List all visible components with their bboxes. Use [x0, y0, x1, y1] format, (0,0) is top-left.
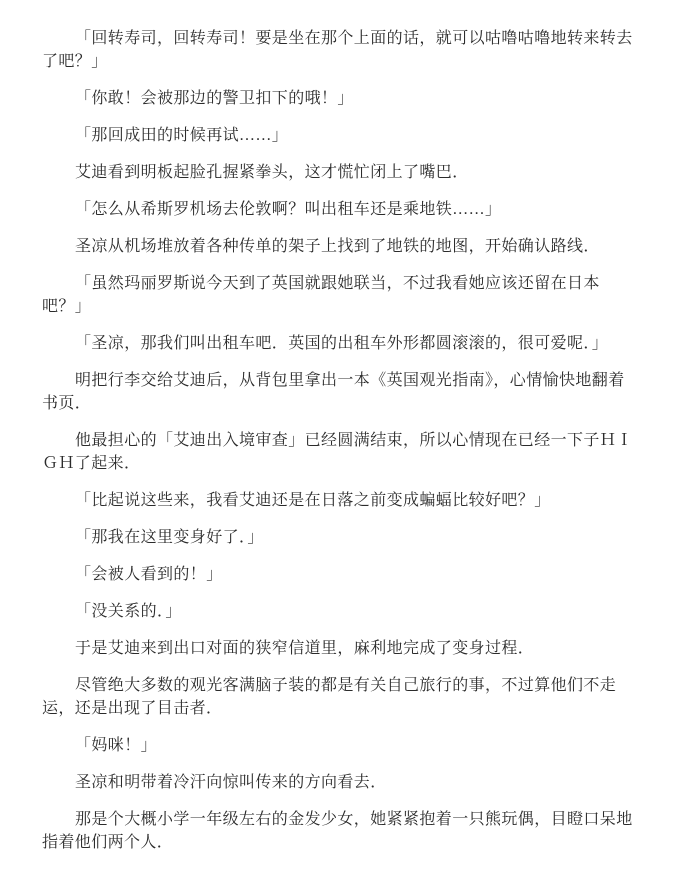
paragraph: 尽管绝大多数的观光客满脑子装的都是有关自己旅行的事，不过算他们不走运，还是出现了… — [42, 674, 644, 720]
paragraph: 他最担心的「艾迪出入境审查」已经圆满结束，所以心情现在已经一下子ＨＩＧＨ了起来． — [42, 429, 644, 475]
paragraph: 「怎么从希斯罗机场去伦敦啊？叫出租车还是乘地铁……」 — [42, 198, 644, 221]
paragraph: 明把行李交给艾迪后，从背包里拿出一本《英国观光指南》，心情愉快地翻着书页． — [42, 369, 644, 415]
paragraph: 圣凉从机场堆放着各种传单的架子上找到了地铁的地图，开始确认路线． — [42, 235, 644, 258]
paragraph: 「妈咪！」 — [42, 734, 644, 757]
text-line: 运，还是出现了目击者． — [42, 697, 644, 720]
text-line: 「圣凉，那我们叫出租车吧．英国的出租车外形都圆滚滚的，很可爱呢．」 — [42, 332, 644, 355]
text-line: 他最担心的「艾迪出入境审查」已经圆满结束，所以心情现在已经一下子ＨＩ — [42, 429, 644, 452]
text-line: 艾迪看到明板起脸孔握紧拳头，这才慌忙闭上了嘴巴． — [42, 161, 644, 184]
text-line: 于是艾迪来到出口对面的狭窄信道里，麻利地完成了变身过程． — [42, 637, 644, 660]
paragraph: 那是个大概小学一年级左右的金发少女，她紧紧抱着一只熊玩偶，目瞪口呆地指着他们两个… — [42, 808, 644, 854]
text-line: 圣凉和明带着冷汗向惊叫传来的方向看去． — [42, 771, 644, 794]
text-line: 「怎么从希斯罗机场去伦敦啊？叫出租车还是乘地铁……」 — [42, 198, 644, 221]
text-line: 吧？」 — [42, 295, 644, 318]
book-page: 「回转寿司，回转寿司！要是坐在那个上面的话，就可以咕噜咕噜地转来转去了吧？」「你… — [0, 0, 680, 880]
text-line: 「比起说这些来，我看艾迪还是在日落之前变成蝙蝠比较好吧？」 — [42, 489, 644, 512]
paragraph: 「虽然玛丽罗斯说今天到了英国就跟她联当，不过我看她应该还留在日本吧？」 — [42, 272, 644, 318]
paragraph: 「圣凉，那我们叫出租车吧．英国的出租车外形都圆滚滚的，很可爱呢．」 — [42, 332, 644, 355]
text-line: 「虽然玛丽罗斯说今天到了英国就跟她联当，不过我看她应该还留在日本 — [42, 272, 644, 295]
paragraph: 「那回成田的时候再试……」 — [42, 124, 644, 147]
paragraph: 「比起说这些来，我看艾迪还是在日落之前变成蝙蝠比较好吧？」 — [42, 489, 644, 512]
text-line: 那是个大概小学一年级左右的金发少女，她紧紧抱着一只熊玩偶，目瞪口呆地 — [42, 808, 644, 831]
paragraph: 于是艾迪来到出口对面的狭窄信道里，麻利地完成了变身过程． — [42, 637, 644, 660]
text-content: 「回转寿司，回转寿司！要是坐在那个上面的话，就可以咕噜咕噜地转来转去了吧？」「你… — [42, 27, 644, 854]
text-line: 了吧？」 — [42, 50, 644, 73]
text-line: 指着他们两个人． — [42, 831, 644, 854]
text-line: 「那我在这里变身好了．」 — [42, 526, 644, 549]
text-line: 明把行李交给艾迪后，从背包里拿出一本《英国观光指南》，心情愉快地翻着 — [42, 369, 644, 392]
paragraph: 圣凉和明带着冷汗向惊叫传来的方向看去． — [42, 771, 644, 794]
text-line: 尽管绝大多数的观光客满脑子装的都是有关自己旅行的事，不过算他们不走 — [42, 674, 644, 697]
text-line: 「回转寿司，回转寿司！要是坐在那个上面的话，就可以咕噜咕噜地转来转去 — [42, 27, 644, 50]
paragraph: 「没关系的．」 — [42, 600, 644, 623]
paragraph: 「那我在这里变身好了．」 — [42, 526, 644, 549]
text-line: 「会被人看到的！」 — [42, 563, 644, 586]
text-line: 「那回成田的时候再试……」 — [42, 124, 644, 147]
paragraph: 「你敢！会被那边的警卫扣下的哦！」 — [42, 87, 644, 110]
text-line: 书页． — [42, 392, 644, 415]
paragraph: 「会被人看到的！」 — [42, 563, 644, 586]
text-line: 「没关系的．」 — [42, 600, 644, 623]
text-line: 圣凉从机场堆放着各种传单的架子上找到了地铁的地图，开始确认路线． — [42, 235, 644, 258]
paragraph: 艾迪看到明板起脸孔握紧拳头，这才慌忙闭上了嘴巴． — [42, 161, 644, 184]
text-line: ＧＨ了起来． — [42, 452, 644, 475]
text-line: 「你敢！会被那边的警卫扣下的哦！」 — [42, 87, 644, 110]
text-line: 「妈咪！」 — [42, 734, 644, 757]
paragraph: 「回转寿司，回转寿司！要是坐在那个上面的话，就可以咕噜咕噜地转来转去了吧？」 — [42, 27, 644, 73]
